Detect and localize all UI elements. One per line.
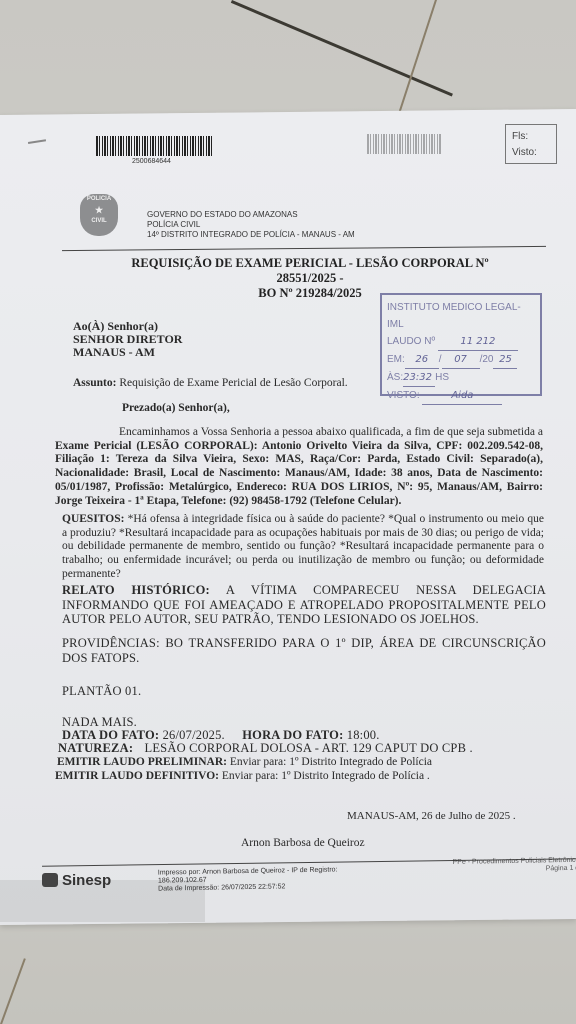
visto-label: Visto: (512, 145, 556, 161)
addressee-line3: MANAUS - AM (73, 346, 182, 359)
stamp-as-suffix: HS (435, 372, 449, 383)
title-line2: 28551/2025 - (60, 271, 560, 286)
badge-text-bottom: CIVIL (80, 216, 118, 227)
data-fato-label: DATA DO FATO: (62, 728, 159, 742)
stamp-visto-label: VISTO: (387, 390, 420, 401)
stamp-title: INSTITUTO MEDICO LEGAL-IML (387, 299, 535, 333)
data-fato-value: 26/07/2025. (163, 728, 225, 742)
relato-label: RELATO HISTÓRICO: (62, 583, 210, 597)
quesitos: QUESITOS: *Há ofensa à integridade físic… (62, 513, 544, 582)
barcode-number: 2500684644 (132, 158, 171, 165)
stamp-em-month: 07 (442, 351, 480, 369)
stamp-laudo: LAUDO Nº 11 212 (387, 333, 535, 351)
quesitos-label: QUESITOS: (62, 513, 124, 525)
fls-label: Fls: (512, 129, 556, 145)
tile-joint (399, 0, 437, 112)
stamp-as: ÀS:23:32HS (387, 369, 535, 387)
relato-historico: RELATO HISTÓRICO: A VÍTIMA COMPARECEU NE… (62, 583, 546, 627)
quesitos-text: *Há ofensa à integridade física ou à saú… (62, 513, 544, 580)
stamp-visto: VISTO: Aida (387, 387, 535, 405)
place-date: MANAUS-AM, 26 de Julho de 2025 . (347, 810, 516, 824)
laudo-definitivo-value: Enviar para: 1º Distrito Integrado de Po… (222, 770, 430, 782)
laudo-preliminar-label: EMITIR LAUDO PRELIMINAR: (57, 756, 227, 768)
org-line2: POLÍCIA CIVIL (147, 220, 355, 230)
org-header: GOVERNO DO ESTADO DO AMAZONAS POLÍCIA CI… (147, 210, 355, 240)
iml-stamp: INSTITUTO MEDICO LEGAL-IML LAUDO Nº 11 2… (380, 293, 542, 396)
subject: Assunto: Requisição de Exame Pericial de… (73, 377, 348, 391)
sinesp-icon (42, 873, 58, 887)
staple-mark (28, 139, 46, 144)
stamp-laudo-value: 11 212 (438, 333, 518, 351)
badge-text-top: POLICIA (80, 194, 118, 205)
stamp-visto-signature: Aida (422, 387, 502, 405)
body-paragraph: Encaminhamos a Vossa Senhoria a pessoa a… (55, 426, 543, 508)
stamp-em-label: EM: (387, 354, 405, 365)
natureza-value: LESÃO CORPORAL DOLOSA - ART. 129 CAPUT D… (145, 741, 473, 755)
natureza: NATUREZA: LESÃO CORPORAL DOLOSA - ART. 1… (58, 742, 473, 756)
org-line3: 14º DISTRITO INTEGRADO DE POLÍCIA - MANA… (147, 230, 355, 240)
hora-fato-label: HORA DO FATO: (242, 728, 343, 742)
stamp-em: EM:26/07/2025 (387, 351, 535, 369)
barcode-faded (367, 134, 442, 154)
tile-joint (0, 958, 26, 1024)
sinesp-logo-text: Sinesp (62, 872, 111, 889)
subject-label: Assunto: (73, 377, 116, 389)
fls-visto-box: Fls: Visto: (505, 124, 557, 164)
barcode (96, 136, 214, 156)
laudo-preliminar-value: Enviar para: 1º Distrito Integrado de Po… (230, 756, 432, 768)
laudo-preliminar: EMITIR LAUDO PRELIMINAR: Enviar para: 1º… (57, 756, 432, 770)
addressee: Ao(À) Senhor(a) SENHOR DIRETOR MANAUS - … (73, 320, 182, 359)
policia-civil-badge-icon: POLICIA ★ CIVIL (80, 194, 118, 236)
badge-emblem: ★ (80, 205, 118, 216)
subject-text: Requisição de Exame Pericial de Lesão Co… (119, 377, 347, 389)
providencias: PROVIDÊNCIAS: BO TRANSFERIDO PARA O 1º D… (62, 636, 546, 665)
natureza-label: NATUREZA: (58, 741, 133, 755)
stamp-as-value: 23:32 (403, 369, 435, 387)
plantao: PLANTÃO 01. (62, 685, 141, 699)
body-intro: Encaminhamos a Vossa Senhoria a pessoa a… (119, 426, 543, 438)
body-qualification: Exame Pericial (LESÃO CORPORAL): Antonio… (55, 440, 543, 507)
greeting: Prezado(a) Senhor(a), (122, 402, 230, 416)
org-line1: GOVERNO DO ESTADO DO AMAZONAS (147, 210, 355, 220)
sinesp-logo: Sinesp (42, 872, 111, 889)
stamp-laudo-label: LAUDO Nº (387, 336, 435, 347)
stamp-em-day: 26 (405, 351, 439, 369)
signatory-name: Arnon Barbosa de Queiroz (241, 837, 365, 851)
print-info: Impresso por: Arnon Barbosa de Queiroz -… (158, 866, 338, 893)
laudo-definitivo-label: EMITIR LAUDO DEFINITIVO: (55, 770, 219, 782)
laudo-definitivo: EMITIR LAUDO DEFINITIVO: Enviar para: 1º… (55, 770, 430, 784)
system-info: PPe - Procedimentos Policiais Eletrônico… (433, 857, 576, 876)
stamp-as-label: ÀS: (387, 372, 403, 383)
hora-fato-value: 18:00. (347, 728, 380, 742)
title-line1: REQUISIÇÃO DE EXAME PERICIAL - LESÃO COR… (60, 256, 560, 271)
stamp-em-year: 25 (493, 351, 517, 369)
